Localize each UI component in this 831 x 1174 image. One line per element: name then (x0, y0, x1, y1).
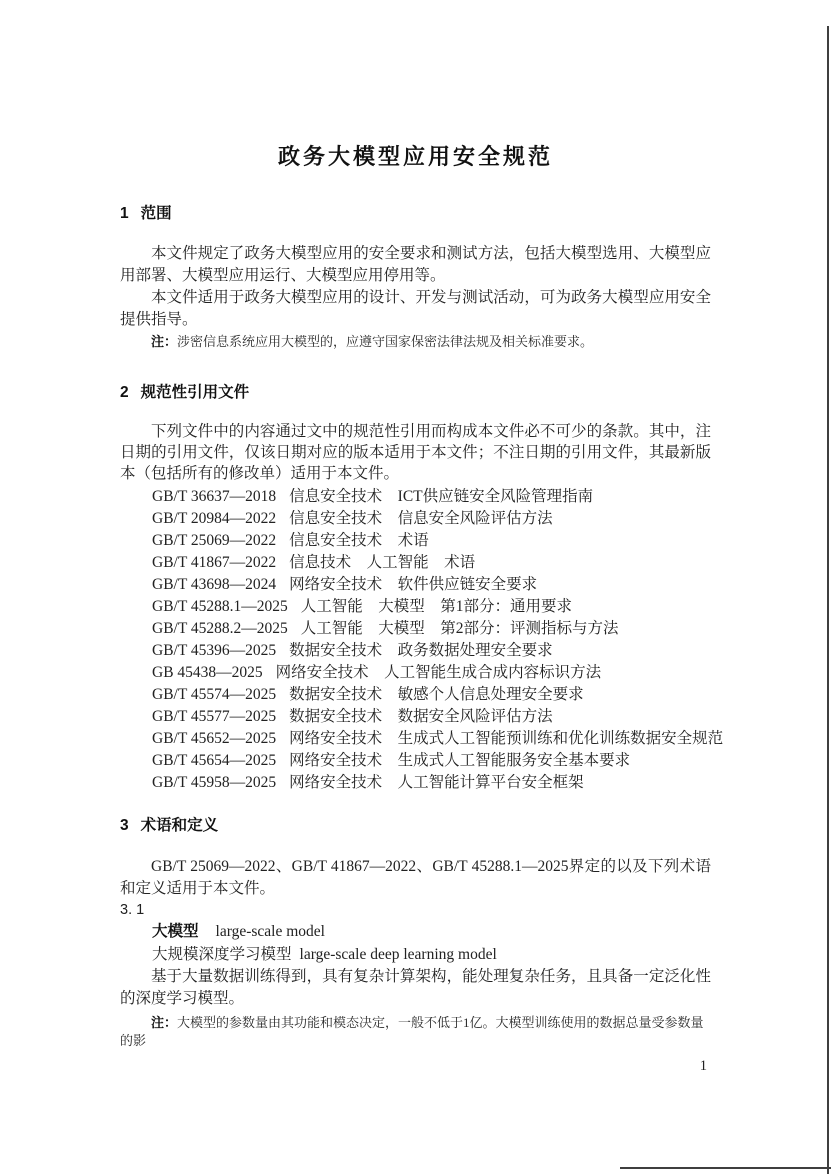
reference-code: GB/T 45574—2025 (152, 686, 276, 703)
term-name-en: large-scale model (216, 923, 325, 940)
note: 注：大模型的参数量由其功能和模态决定，一般不低于1亿。大模型训练使用的数据总量受… (120, 1014, 711, 1050)
paragraph: 本文件规定了政务大模型应用的安全要求和测试方法，包括大模型选用、大模型应用部署、… (120, 243, 711, 287)
section-heading-terms: 3术语和定义 (120, 815, 711, 836)
reference-item: GB/T 45577—2025数据安全技术 数据安全风险评估方法 (120, 706, 711, 728)
term-alias-en: large-scale deep learning model (300, 946, 497, 963)
page-number: 1 (700, 1056, 707, 1076)
paragraph: GB/T 25069—2022、GB/T 41867—2022、GB/T 452… (120, 856, 711, 900)
reference-title: 网络安全技术 人工智能计算平台安全框架 (289, 774, 584, 791)
reference-title: 信息安全技术 术语 (289, 532, 429, 549)
reference-code: GB/T 36637—2018 (152, 488, 276, 505)
note-label: 注： (151, 1015, 177, 1030)
reference-title: 信息技术 人工智能 术语 (289, 554, 475, 571)
reference-title: 人工智能 大模型 第2部分：评测指标与方法 (301, 620, 619, 637)
note: 注：涉密信息系统应用大模型的，应遵守国家保密法律法规及相关标准要求。 (120, 333, 711, 351)
section-heading-scope: 1范围 (120, 203, 711, 224)
reference-title: 网络安全技术 软件供应链安全要求 (289, 576, 537, 593)
note-text: 涉密信息系统应用大模型的，应遵守国家保密法律法规及相关标准要求。 (177, 334, 593, 349)
reference-code: GB/T 43698—2024 (152, 576, 276, 593)
page-edge-right (827, 26, 829, 1174)
reference-title: 数据安全技术 政务数据处理安全要求 (289, 642, 553, 659)
section-normative-references: 2规范性引用文件 下列文件中的内容通过文中的规范性引用而构成本文件必不可少的条款… (120, 382, 711, 794)
section-heading-label: 规范性引用文件 (141, 384, 250, 401)
reference-item: GB/T 45574—2025数据安全技术 敏感个人信息处理安全要求 (120, 684, 711, 706)
section-number: 3 (120, 817, 129, 834)
document-title: 政务大模型应用安全规范 (120, 142, 711, 172)
reference-item: GB/T 45288.1—2025人工智能 大模型 第1部分：通用要求 (120, 596, 711, 618)
reference-item: GB/T 45652—2025网络安全技术 生成式人工智能预训练和优化训练数据安… (120, 728, 711, 750)
reference-title: 信息安全技术 信息安全风险评估方法 (289, 510, 553, 527)
term-name: 大模型large-scale model (120, 920, 711, 943)
section-number: 1 (120, 205, 129, 222)
section-heading-references: 2规范性引用文件 (120, 382, 711, 403)
reference-code: GB/T 45958—2025 (152, 774, 276, 791)
reference-title: 信息安全技术 ICT供应链安全风险管理指南 (289, 488, 593, 505)
reference-list: GB/T 36637—2018信息安全技术 ICT供应链安全风险管理指南 GB/… (120, 486, 711, 794)
reference-item: GB/T 45654—2025网络安全技术 生成式人工智能服务安全基本要求 (120, 750, 711, 772)
reference-item: GB/T 45958—2025网络安全技术 人工智能计算平台安全框架 (120, 772, 711, 794)
reference-item: GB/T 43698—2024网络安全技术 软件供应链安全要求 (120, 574, 711, 596)
reference-code: GB/T 45288.2—2025 (152, 620, 288, 637)
reference-code: GB/T 45654—2025 (152, 752, 276, 769)
reference-code: GB/T 45396—2025 (152, 642, 276, 659)
reference-item: GB/T 20984—2022信息安全技术 信息安全风险评估方法 (120, 508, 711, 530)
term-number: 3. 1 (120, 900, 711, 920)
note-label: 注： (151, 334, 177, 349)
term-definition: 基于大量数据训练得到，具有复杂计算架构，能处理复杂任务，且具备一定泛化性的深度学… (120, 966, 711, 1010)
paragraph: 本文件适用于政务大模型应用的设计、开发与测试活动，可为政务大模型应用安全提供指导… (120, 287, 711, 331)
section-heading-label: 范围 (141, 205, 172, 222)
reference-item: GB/T 41867—2022信息技术 人工智能 术语 (120, 552, 711, 574)
section-number: 2 (120, 384, 129, 401)
reference-code: GB/T 41867—2022 (152, 554, 276, 571)
document-page: 政务大模型应用安全规范 1范围 本文件规定了政务大模型应用的安全要求和测试方法，… (0, 0, 831, 1174)
reference-title: 网络安全技术 人工智能生成合成内容标识方法 (276, 664, 602, 681)
paragraph: 下列文件中的内容通过文中的规范性引用而构成本文件必不可少的条款。其中，注日期的引… (120, 421, 711, 484)
reference-item: GB 45438—2025网络安全技术 人工智能生成合成内容标识方法 (120, 662, 711, 684)
page-content: 政务大模型应用安全规范 1范围 本文件规定了政务大模型应用的安全要求和测试方法，… (0, 142, 831, 1050)
section-terms-definitions: 3术语和定义 GB/T 25069—2022、GB/T 41867—2022、G… (120, 815, 711, 1050)
reference-title: 网络安全技术 生成式人工智能服务安全基本要求 (289, 752, 630, 769)
reference-title: 网络安全技术 生成式人工智能预训练和优化训练数据安全规范 (289, 730, 723, 747)
note-text: 大模型的参数量由其功能和模态决定，一般不低于1亿。大模型训练使用的数据总量受参数… (120, 1015, 704, 1048)
term-name-zh: 大模型 (152, 923, 199, 940)
reference-item: GB/T 45288.2—2025人工智能 大模型 第2部分：评测指标与方法 (120, 618, 711, 640)
section-scope: 1范围 本文件规定了政务大模型应用的安全要求和测试方法，包括大模型选用、大模型应… (120, 203, 711, 351)
reference-item: GB/T 36637—2018信息安全技术 ICT供应链安全风险管理指南 (120, 486, 711, 508)
reference-title: 人工智能 大模型 第1部分：通用要求 (301, 598, 572, 615)
reference-code: GB/T 45652—2025 (152, 730, 276, 747)
reference-code: GB/T 45288.1—2025 (152, 598, 288, 615)
reference-item: GB/T 25069—2022信息安全技术 术语 (120, 530, 711, 552)
section-heading-label: 术语和定义 (141, 817, 219, 834)
reference-title: 数据安全技术 数据安全风险评估方法 (289, 708, 553, 725)
reference-code: GB/T 20984—2022 (152, 510, 276, 527)
reference-item: GB/T 45396—2025数据安全技术 政务数据处理安全要求 (120, 640, 711, 662)
reference-code: GB 45438—2025 (152, 664, 263, 681)
term-alias: 大规模深度学习模型large-scale deep learning model (120, 943, 711, 966)
term-alias-zh: 大规模深度学习模型 (152, 946, 292, 963)
page-edge-bottom (620, 1167, 831, 1169)
reference-title: 数据安全技术 敏感个人信息处理安全要求 (289, 686, 584, 703)
reference-code: GB/T 45577—2025 (152, 708, 276, 725)
reference-code: GB/T 25069—2022 (152, 532, 276, 549)
